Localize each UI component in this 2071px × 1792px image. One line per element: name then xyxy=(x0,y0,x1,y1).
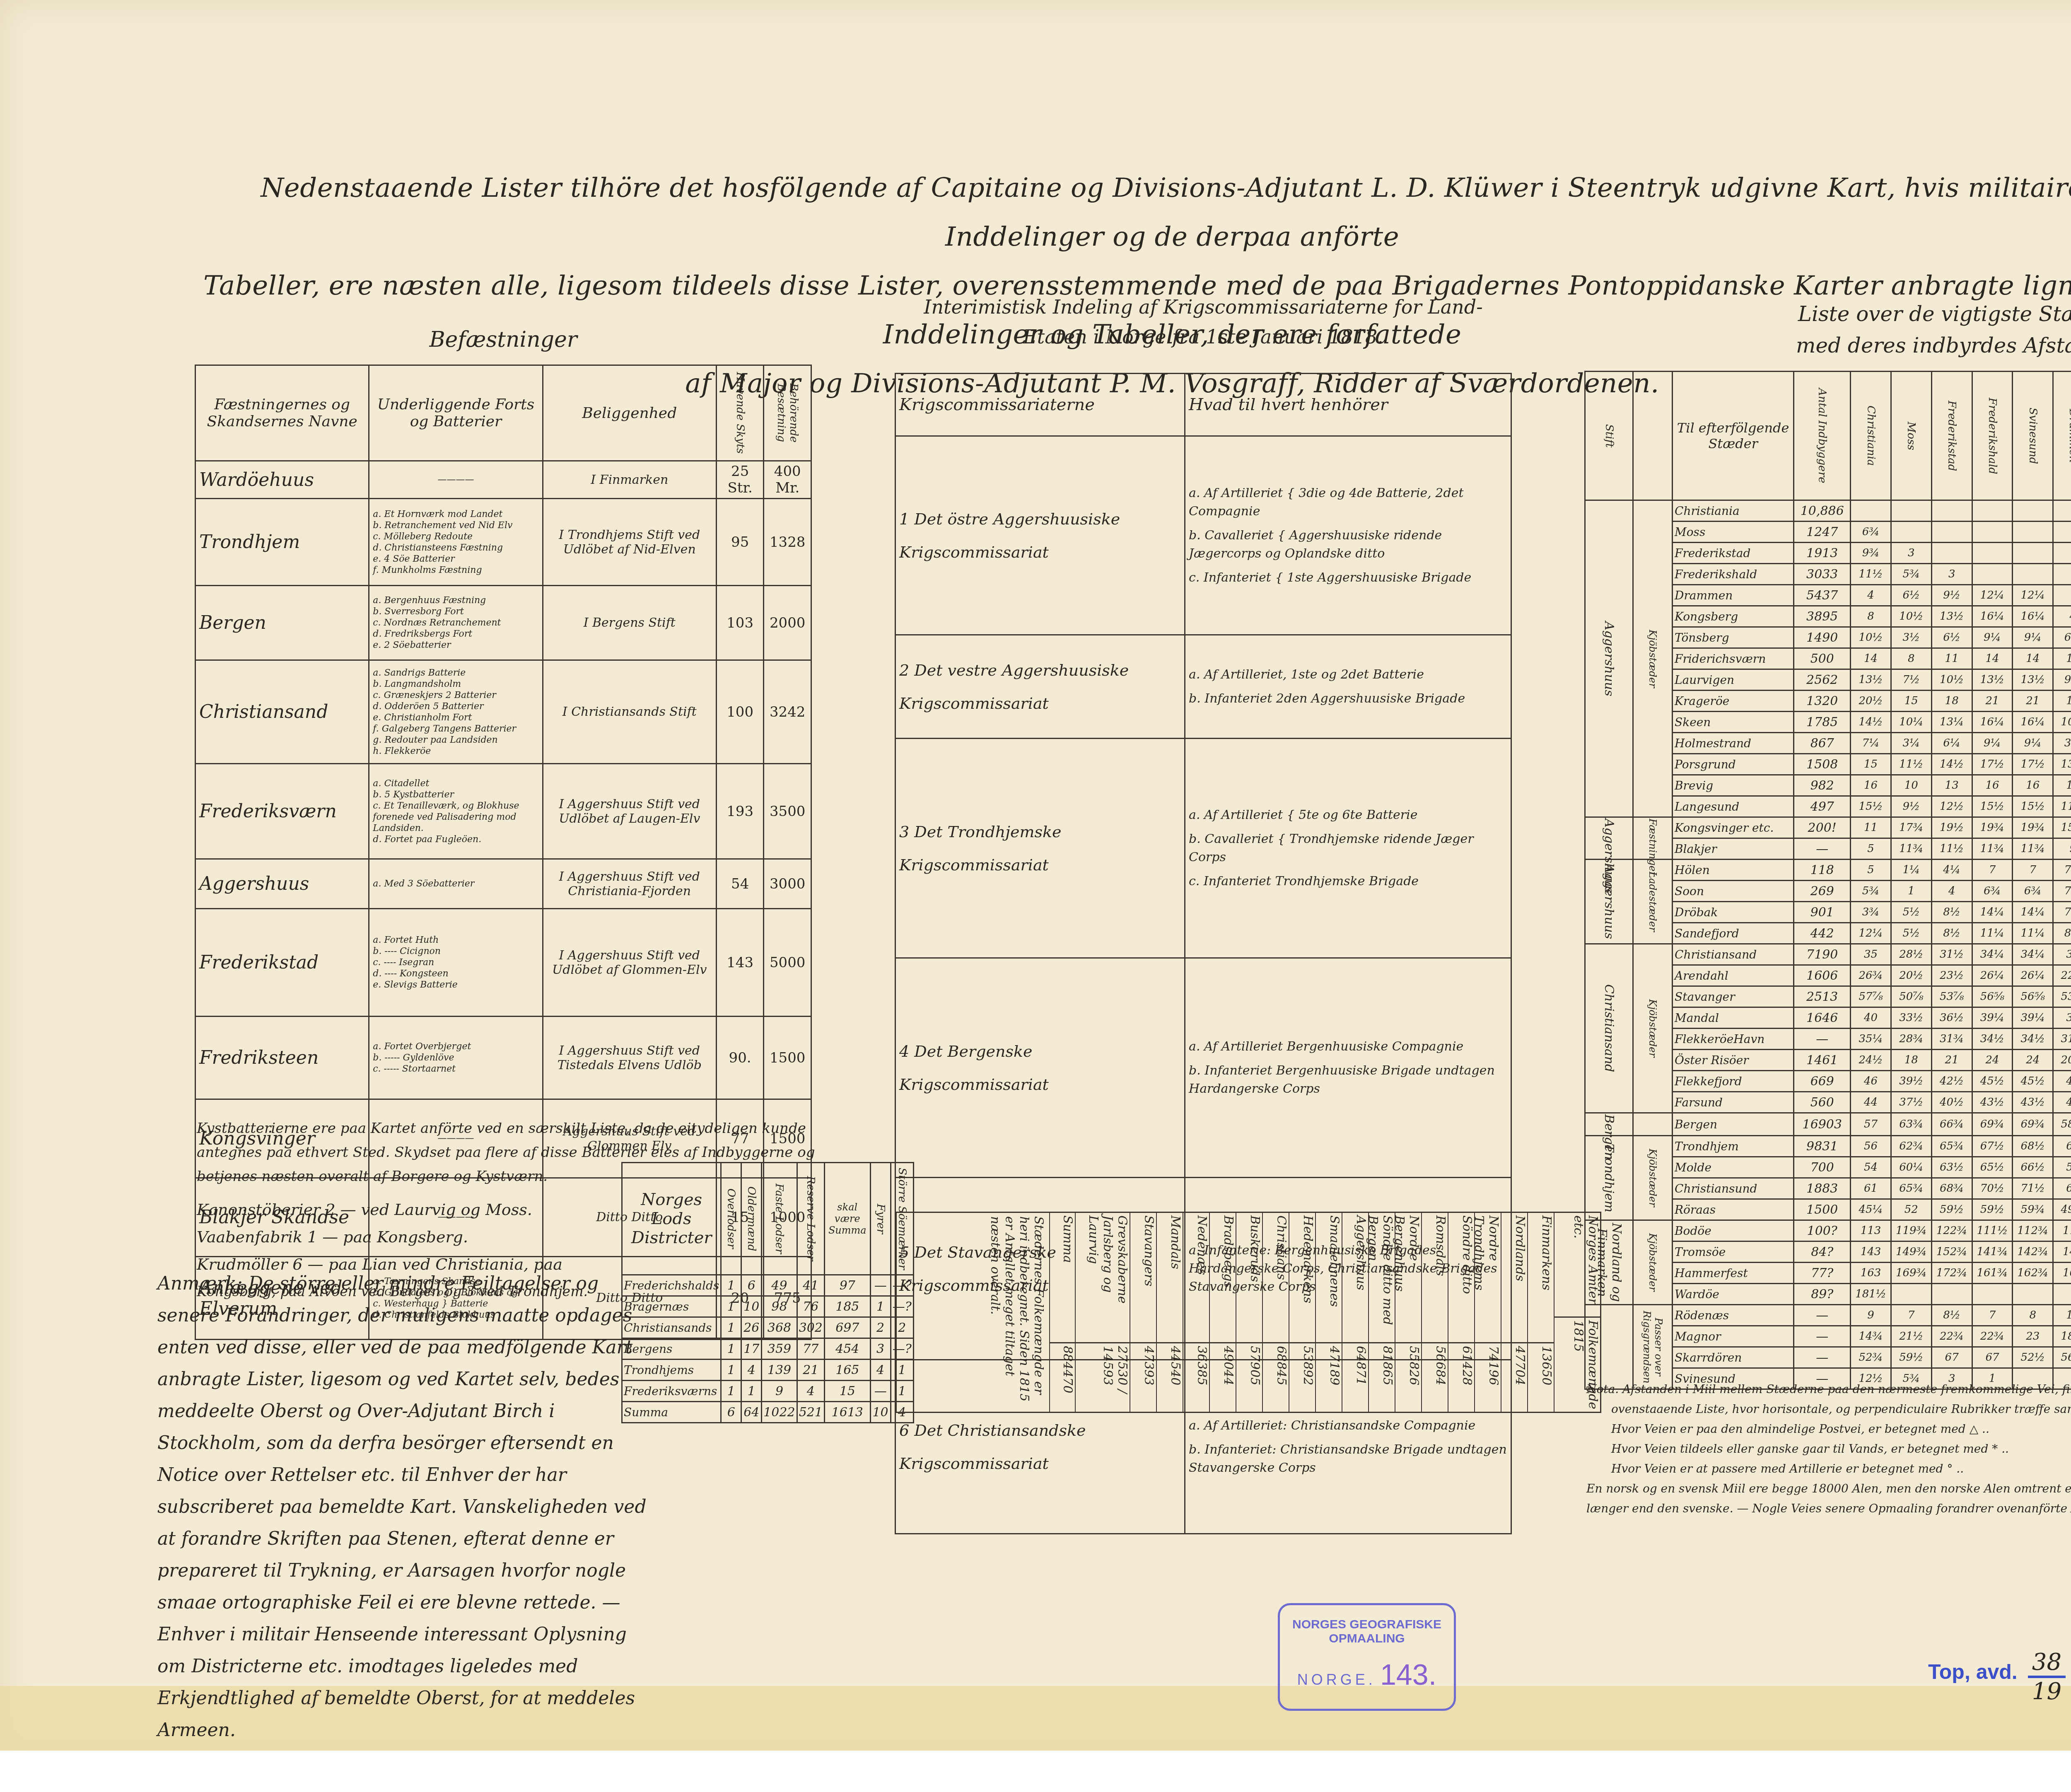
distance-cell: 111½ xyxy=(1972,1220,2013,1241)
col-header-guns: Havende Skyts xyxy=(734,372,746,454)
commissariat-units: a. Af Artilleriet { 5te og 6te Batterieb… xyxy=(1185,739,1511,958)
fortress-name: Frederikstad xyxy=(196,909,369,1017)
library-stamp-number: 143. xyxy=(1380,1659,1436,1691)
distance-cell: 7¾ xyxy=(2053,860,2071,881)
distance-cell: 11¾ xyxy=(1891,838,1931,860)
distance-cell: 15½ xyxy=(2013,796,2053,817)
distance-cell: 5 xyxy=(1851,838,1891,860)
distance-cell: 67 xyxy=(1972,1347,2013,1368)
town-population: 100? xyxy=(1794,1220,1851,1241)
distance-cell: 11½ xyxy=(1851,564,1891,585)
commissariat-title-line2: Etaten i Norge fra 1ste Januari 1818. xyxy=(895,322,1512,352)
town-name: Kongsvinger etc. xyxy=(1673,817,1794,838)
distance-cell: 23 xyxy=(2013,1326,2053,1347)
distance-cell: 17½ xyxy=(2013,754,2053,775)
col-header: skal være Summa xyxy=(824,1163,870,1275)
distance-cell: 14½ xyxy=(1851,712,1891,733)
distance-cell: 40½ xyxy=(1931,1092,1972,1113)
distance-cell: 19½ xyxy=(1931,817,1972,838)
garrison: 1500 xyxy=(764,1017,811,1099)
scan-margin xyxy=(0,1751,2071,1792)
distance-cell: 8 xyxy=(1891,648,1931,669)
amt-name: Finmarkens xyxy=(1528,1213,1554,1343)
from-city-header: Christiania xyxy=(1865,406,1877,466)
distance-row: TrondhjemKjöbstæderTrondhjem98315662¾65¾… xyxy=(1585,1136,2071,1157)
distance-cell: 53⅞ xyxy=(1931,986,1972,1007)
distances-body: AggershuusKjöbstæderChristiania10,886Mos… xyxy=(1585,500,2071,1389)
town-name: Hölen xyxy=(1673,860,1794,881)
col-header-stift: Stift xyxy=(1603,424,1615,448)
population-column: Bradsbergs49044 xyxy=(1209,1213,1236,1412)
amt-name: Smaalehnenes xyxy=(1316,1213,1342,1343)
distance-row: Nordland og FinmarkenKjöbstæderBodöe100?… xyxy=(1585,1220,2071,1241)
distance-cell: 9½ xyxy=(1931,585,1972,606)
distance-cell: 24 xyxy=(2013,1050,2053,1071)
distance-cell xyxy=(1972,1284,2013,1305)
town-population: — xyxy=(1794,1029,1851,1050)
distance-cell: 11¼ xyxy=(2013,923,2053,944)
distance-cell: 54 xyxy=(1851,1157,1891,1178)
fort-item: d. Fredriksbergs Fort xyxy=(373,628,538,640)
distance-cell: 45¼ xyxy=(1851,1199,1891,1220)
distance-cell: 8½ xyxy=(1931,1305,1972,1326)
distance-cell xyxy=(1891,500,1931,522)
amt-population: 44540 xyxy=(1157,1343,1183,1412)
town-name: Langesund xyxy=(1673,796,1794,817)
town-category: Kjöbstæder xyxy=(1633,1136,1673,1220)
town-population: 669 xyxy=(1794,1071,1851,1092)
fort-item: a. Sandrigs Batterie xyxy=(373,667,538,679)
population-table: Norges Amter etc.Folkemængde 1815Finmark… xyxy=(895,1212,1599,1410)
guns: 100 xyxy=(716,660,764,764)
town-population: 16903 xyxy=(1794,1113,1851,1136)
top-avd-denominator: 19 xyxy=(2028,1678,2066,1705)
distance-cell: 15 xyxy=(1851,754,1891,775)
amt-population: 81865 xyxy=(1369,1343,1395,1412)
distance-cell: 63 xyxy=(2053,1178,2071,1199)
distance-cell: 12¼ xyxy=(1851,923,1891,944)
distance-cell: 10 xyxy=(2053,648,2071,669)
distance-cell: 3¼ xyxy=(1891,733,1931,754)
distance-cell xyxy=(2053,500,2071,522)
forts-batteries: a. Citadelletb. 5 Kystbatterierc. Et Ten… xyxy=(369,764,543,859)
distance-cell: 5 xyxy=(1851,860,1891,881)
fort-item: e. 4 Söe Batterier xyxy=(373,553,538,565)
commissariat-units: a. Af Artilleriet, 1ste og 2det Batterie… xyxy=(1185,635,1511,739)
stift-label: Christiansand xyxy=(1585,944,1633,1113)
distance-cell: 12¼ xyxy=(1972,585,2013,606)
forts-batteries: a. Sandrigs Batterieb. Langmandsholmc. G… xyxy=(369,660,543,764)
distance-cell xyxy=(1931,1284,1972,1305)
distance-cell: 16¼ xyxy=(2013,712,2053,733)
forts-batteries: ———— xyxy=(369,461,543,499)
unit-item: a. Af Artilleriet: Christiansandske Comp… xyxy=(1189,1417,1507,1435)
col-header-pop: Antal Indbyggere xyxy=(1816,388,1828,483)
fortification-row: Aggershuusa. Med 3 SöebatterierI Aggersh… xyxy=(196,859,811,909)
distance-cell: 60¼ xyxy=(1891,1157,1931,1178)
distance-cell: 20½ xyxy=(1891,965,1931,986)
fort-item: c. Nordnæs Retranchement xyxy=(373,617,538,628)
amt-name: Söndre ditto med Bergen xyxy=(1369,1213,1395,1343)
distance-cell: 9 xyxy=(2053,838,2071,860)
distance-cell: 5½ xyxy=(1891,902,1931,923)
town-population: 2513 xyxy=(1794,986,1851,1007)
distance-row: Passer over RigsgrændsenRödenæs—978½7813… xyxy=(1585,1305,2071,1326)
fortification-row: Frederikstada. Fortet Huthb. ---- Cicign… xyxy=(196,909,811,1017)
town-category: Kjöbstæder xyxy=(1633,1220,1673,1305)
population-column: Nordlands47704 xyxy=(1501,1213,1527,1412)
fort-item: f. Munkholms Fæstning xyxy=(373,565,538,576)
distance-cell xyxy=(1931,500,1972,522)
from-city-header: Moss xyxy=(1905,422,1917,450)
distance-cell: 20½ xyxy=(2053,1050,2071,1071)
unit-item: b. Cavalleriet { Trondhjemske ridende Jæ… xyxy=(1189,830,1507,867)
town-population: — xyxy=(1794,1305,1851,1326)
fortress-name: Trondhjem xyxy=(196,499,369,586)
distance-cell: 20½ xyxy=(1851,691,1891,712)
population-column: Buskeruds57905 xyxy=(1236,1213,1262,1412)
distance-cell xyxy=(1931,522,1972,543)
distance-cell: 142¾ xyxy=(2013,1241,2053,1263)
col-header: Fyrer xyxy=(874,1204,887,1234)
distance-cell: 11½ xyxy=(2053,796,2071,817)
distance-cell: 13½ xyxy=(2053,754,2071,775)
distance-cell: 19¾ xyxy=(1972,817,2013,838)
fort-item: c. Græneskjers 2 Batterier xyxy=(373,690,538,701)
amt-population: 64871 xyxy=(1342,1343,1368,1412)
distance-cell: 35¼ xyxy=(1851,1029,1891,1050)
distance-cell xyxy=(1891,1284,1931,1305)
amt-name: Söndre ditto xyxy=(1448,1213,1474,1343)
distance-cell: 10½ xyxy=(1891,606,1931,627)
distance-cell: 22¾ xyxy=(1972,1326,2013,1347)
distance-cell: 14 xyxy=(1972,648,2013,669)
town-name: Friderichsværn xyxy=(1673,648,1794,669)
amt-population: 47704 xyxy=(1501,1343,1527,1412)
distance-cell: 28¾ xyxy=(1891,1029,1931,1050)
distance-cell: 26¼ xyxy=(1972,965,2013,986)
distance-cell: 43½ xyxy=(2013,1092,2053,1113)
distance-cell: 57⅞ xyxy=(1851,986,1891,1007)
distance-cell: 52½ xyxy=(2013,1347,2053,1368)
distance-cell: 63¾ xyxy=(1891,1113,1931,1136)
unit-item: c. Infanteriet { 1ste Aggershuusiske Bri… xyxy=(1189,569,1507,587)
distance-cell: 7 xyxy=(1891,1305,1931,1326)
distance-cell: 34¼ xyxy=(1972,944,2013,965)
distance-cell xyxy=(2013,500,2053,522)
nota-line: længer end den svenske. — Nogle Veies se… xyxy=(1586,1499,2071,1519)
distance-cell: 28½ xyxy=(1891,944,1931,965)
commissariat-title-line1: Interimistisk Indeling af Krigscommissar… xyxy=(895,292,1512,322)
distance-cell: 11¾ xyxy=(2013,838,2053,860)
amt-population: 36385 xyxy=(1183,1343,1209,1412)
location: I Aggershuus Stift ved Udlöbet af Laugen… xyxy=(543,764,716,859)
distance-cell: 34¼ xyxy=(2013,944,2053,965)
amt-name: Nordre Trondhjems xyxy=(1475,1213,1501,1343)
distance-cell: 42 xyxy=(2053,1071,2071,1092)
distance-cell: 7¾ xyxy=(2053,902,2071,923)
library-stamp-line2: NORGE. xyxy=(1297,1671,1376,1688)
garrison: 400 Mr. xyxy=(764,461,811,499)
town-category: Kjöbstæder xyxy=(1633,500,1673,817)
distance-cell: 69¾ xyxy=(2013,1113,2053,1136)
population-column: Söndre ditto med Bergen81865 xyxy=(1368,1213,1395,1412)
distance-cell: 22¾ xyxy=(1931,1326,1972,1347)
location: I Bergens Stift xyxy=(543,586,716,660)
distance-cell: 59½ xyxy=(1972,1199,2013,1220)
distance-cell: 152¾ xyxy=(1931,1241,1972,1263)
distance-cell: 119¾ xyxy=(1891,1220,1931,1241)
fortifications-title: Befæstninger xyxy=(195,327,812,352)
town-name: Frederikshald xyxy=(1673,564,1794,585)
fort-item: b. Sverresborg Fort xyxy=(373,606,538,617)
population-column: Finmarkens13650 xyxy=(1527,1213,1554,1412)
col-header-location: Beliggenhed xyxy=(543,365,716,461)
fortress-name: Bergen xyxy=(196,586,369,660)
amt-population: 47189 xyxy=(1316,1343,1342,1412)
distance-cell: 67 xyxy=(1931,1347,1972,1368)
distance-cell: 10¼ xyxy=(1891,712,1931,733)
town-name: Christiania xyxy=(1673,500,1794,522)
distance-cell: 65¾ xyxy=(1931,1136,1972,1157)
town-population: 3895 xyxy=(1794,606,1851,627)
fort-item: c. ----- Stortaarnet xyxy=(373,1063,538,1075)
fort-item: b. ----- Gyldenlöve xyxy=(373,1052,538,1063)
distances-table: Stift Til efterfölgende Stæder Antal Ind… xyxy=(1584,371,2071,1390)
population-column: Grevskaberne Jarlsberg og Laurvig27530 /… xyxy=(1075,1213,1130,1412)
distance-cell: 16¼ xyxy=(1972,712,2013,733)
distance-cell: 15½ xyxy=(1851,796,1891,817)
unit-item: a. Af Artilleriet { 5te og 6te Batterie xyxy=(1189,806,1507,824)
col-header-town: Til efterfölgende Stæder xyxy=(1673,372,1794,500)
distance-cell: 43½ xyxy=(1972,1092,2013,1113)
stift-label: Nordland og Finmarken xyxy=(1585,1220,1633,1305)
town-population: 269 xyxy=(1794,881,1851,902)
amt-name: Grevskaberne Jarlsberg og Laurvig xyxy=(1076,1213,1130,1343)
distances-title-line2: med deres indbyrdes Afstande. xyxy=(1584,330,2071,361)
amt-name: Christians xyxy=(1263,1213,1289,1343)
from-city-header: Frederikstad xyxy=(1945,401,1958,471)
distance-cell: 35 xyxy=(1851,944,1891,965)
amt-population: 47393 xyxy=(1130,1343,1156,1412)
distance-cell: 15 xyxy=(1891,691,1931,712)
distance-cell: 16¼ xyxy=(1972,606,2013,627)
distance-cell: 13½ xyxy=(1851,669,1891,691)
town-population: — xyxy=(1794,1326,1851,1347)
town-population: 1508 xyxy=(1794,754,1851,775)
distance-cell: 4 xyxy=(1931,881,1972,902)
distance-cell: 9¼ xyxy=(1972,733,2013,754)
population-column: Aggershuus64871 xyxy=(1342,1213,1368,1412)
forts-batteries: a. Bergenhuus Fæstningb. Sverresborg For… xyxy=(369,586,543,660)
distance-cell: 11 xyxy=(1931,648,1972,669)
fort-item: h. Flekkeröe xyxy=(373,746,538,757)
distance-cell xyxy=(2013,522,2053,543)
town-category: Fæstninger xyxy=(1633,817,1673,860)
fortification-row: Christiansanda. Sandrigs Batterieb. Lang… xyxy=(196,660,811,764)
col-header: Overlodser xyxy=(725,1188,737,1249)
distance-cell: 12 xyxy=(2053,775,2071,796)
town-population: 1606 xyxy=(1794,965,1851,986)
distance-cell: 6½ xyxy=(1931,627,1972,648)
amt-name: Stavangers xyxy=(1130,1213,1156,1343)
distance-cell xyxy=(1972,500,2013,522)
town-name: Drammen xyxy=(1673,585,1794,606)
distance-cell: 62¾ xyxy=(1891,1136,1931,1157)
distance-cell xyxy=(1972,543,2013,564)
commissariat-row: 3 Det Trondhjemske Krigscommissariata. A… xyxy=(896,739,1511,958)
town-population: 7190 xyxy=(1794,944,1851,965)
town-population: 982 xyxy=(1794,775,1851,796)
commissariat-row: 2 Det vestre Aggershuusiske Krigscommiss… xyxy=(896,635,1511,739)
distance-cell: 14 xyxy=(1851,648,1891,669)
fort-item: b. Langmandsholm xyxy=(373,679,538,690)
distance-cell: 21½ xyxy=(1891,1326,1931,1347)
town-category xyxy=(1633,1113,1673,1136)
town-name: Bergen xyxy=(1673,1113,1794,1136)
distance-cell: 52¾ xyxy=(1851,1347,1891,1368)
location: I Trondhjems Stift ved Udlöbet af Nid-El… xyxy=(543,499,716,586)
fort-item: b. 5 Kystbatterier xyxy=(373,789,538,800)
distance-cell: 59¾ xyxy=(2013,1199,2053,1220)
town-population: 200! xyxy=(1794,817,1851,838)
amt-population: 27530 / 14593 xyxy=(1076,1343,1130,1412)
population-column: Söndre ditto61428 xyxy=(1448,1213,1474,1412)
distance-cell: 149¾ xyxy=(1891,1241,1931,1263)
town-population: 77? xyxy=(1794,1263,1851,1284)
library-stamp: NORGES GEOGRAFISKE OPMAALING NORGE. 143. xyxy=(1278,1603,1456,1711)
stift-label: Aggershuus xyxy=(1585,860,1633,944)
fort-item: g. Redouter paa Landsiden xyxy=(373,734,538,746)
amt-name: Nordlands xyxy=(1501,1213,1527,1343)
distance-cell: 22¼ xyxy=(2053,965,2071,986)
distance-cell: 58½ xyxy=(2053,1113,2071,1136)
town-population: — xyxy=(1794,1347,1851,1368)
fort-item: e. 2 Söebatterier xyxy=(373,640,538,651)
town-population: 10,886 xyxy=(1794,500,1851,522)
town-population: 1247 xyxy=(1794,522,1851,543)
guns: 143 xyxy=(716,909,764,1017)
fort-item: f. Galgeberg Tangens Batterier xyxy=(373,723,538,734)
town-population: 901 xyxy=(1794,902,1851,923)
nota-line: Hvor Veien er at passere med Artillerie … xyxy=(1586,1459,2071,1479)
distance-cell: 1¼ xyxy=(1891,860,1931,881)
stift-label: Trondhjem xyxy=(1585,1136,1633,1220)
distance-cell: 31¾ xyxy=(1931,1029,1972,1050)
distance-cell: 42½ xyxy=(1931,1071,1972,1092)
distance-cell: 3½ xyxy=(1891,627,1931,648)
guns: 95 xyxy=(716,499,764,586)
distance-cell xyxy=(2053,564,2071,585)
distance-cell: 21 xyxy=(2013,691,2053,712)
distance-cell: 26¾ xyxy=(1851,965,1891,986)
distance-cell: 162¾ xyxy=(2013,1263,2053,1284)
amt-name: Aggershuus xyxy=(1342,1213,1368,1343)
forts-batteries: a. Fortet Huthb. ---- Cicignonc. ---- Is… xyxy=(369,909,543,1017)
distance-cell: 7 xyxy=(1972,860,2013,881)
distance-cell: 16¼ xyxy=(2013,606,2053,627)
town-population: 1320 xyxy=(1794,691,1851,712)
distance-cell: 6¾ xyxy=(1972,881,2013,902)
distance-cell: 9½ xyxy=(2053,669,2071,691)
distance-cell: 11¼ xyxy=(1972,923,2013,944)
distance-row: ChristiansandKjöbstæderChristiansand7190… xyxy=(1585,944,2071,965)
town-population: 1490 xyxy=(1794,627,1851,648)
distance-cell: 23½ xyxy=(1931,965,1972,986)
garrison: 1328 xyxy=(764,499,811,586)
distance-cell xyxy=(1972,522,2013,543)
library-stamp-line1: NORGES GEOGRAFISKE OPMAALING xyxy=(1280,1618,1454,1646)
town-name: Dröbak xyxy=(1673,902,1794,923)
distance-cell: 67½ xyxy=(1972,1136,2013,1157)
distance-cell: 71½ xyxy=(2013,1178,2053,1199)
distance-cell: 18 xyxy=(1891,1050,1931,1071)
col-header: Faste Lodser xyxy=(773,1183,785,1254)
town-name: Bodöe xyxy=(1673,1220,1794,1241)
town-name: Soon xyxy=(1673,881,1794,902)
unit-item: a. Af Artilleriet Bergenhuusiske Compagn… xyxy=(1189,1038,1507,1056)
amt-population: 13650 xyxy=(1528,1343,1554,1412)
distance-cell: 68½ xyxy=(2013,1136,2053,1157)
nota-line: Nota. Afstanden i Miil mellem Stæderne p… xyxy=(1586,1379,2071,1399)
commissariat-name: 3 Det Trondhjemske Krigscommissariat xyxy=(896,739,1185,958)
amt-population: 53892 xyxy=(1289,1343,1315,1412)
distance-cell: 7½ xyxy=(2053,881,2071,902)
fortification-row: Frederiksværna. Citadelletb. 5 Kystbatte… xyxy=(196,764,811,859)
distance-cell: 1 xyxy=(1891,881,1931,902)
distance-cell: 21 xyxy=(1931,1050,1972,1071)
distance-cell: 9¼ xyxy=(2013,627,2053,648)
distance-cell: 70½ xyxy=(1972,1178,2013,1199)
distance-cell: 12¼ xyxy=(2013,585,2053,606)
distance-cell: 9½ xyxy=(1891,796,1931,817)
nota-line: En norsk og en svensk Miil ere begge 180… xyxy=(1586,1479,2071,1499)
population-column: Hedemarkens53892 xyxy=(1289,1213,1315,1412)
town-population: 1785 xyxy=(1794,712,1851,733)
amt-name: Romsdals xyxy=(1422,1213,1448,1343)
unit-item: c. Infanteriet Trondhjemske Brigade xyxy=(1189,872,1507,891)
commissariat-name: 4 Det Bergenske Krigscommissariat xyxy=(896,958,1185,1178)
commissariat-row: 1 Det östre Aggershuusiske Krigscommissa… xyxy=(896,436,1511,635)
distance-cell: 7 xyxy=(2013,860,2053,881)
from-city-header: Drammen xyxy=(2067,409,2071,463)
town-name: Wardöe xyxy=(1673,1284,1794,1305)
col-header: Reserve Lodser xyxy=(804,1176,817,1261)
garrison: 3242 xyxy=(764,660,811,764)
location: I Aggershuus Stift ved Christiania-Fjord… xyxy=(543,859,716,909)
distance-cell: 163 xyxy=(1851,1263,1891,1284)
distance-cell: 11 xyxy=(1851,817,1891,838)
distance-cell: 44 xyxy=(1851,1092,1891,1113)
garrison: 2000 xyxy=(764,586,811,660)
town-name: Flekkefjord xyxy=(1673,1071,1794,1092)
town-name: Kongsberg xyxy=(1673,606,1794,627)
distance-cell: 45½ xyxy=(2013,1071,2053,1092)
distance-cell: 7½ xyxy=(1891,669,1931,691)
distance-cell: 39¼ xyxy=(2013,1007,2053,1029)
fort-item: a. Citadellet xyxy=(373,778,538,789)
stift-label: Bergen xyxy=(1585,1113,1633,1136)
distance-cell: 16 xyxy=(1972,775,2013,796)
amt-population: 55826 xyxy=(1395,1343,1421,1412)
distance-cell: 8 xyxy=(1851,606,1891,627)
fortress-name: Aggershuus xyxy=(196,859,369,909)
distance-cell: 45½ xyxy=(1972,1071,2013,1092)
town-name: Mandal xyxy=(1673,1007,1794,1029)
distance-cell: 11½ xyxy=(1891,754,1931,775)
distance-cell: 4 xyxy=(1851,585,1891,606)
town-name: Frederikstad xyxy=(1673,543,1794,564)
